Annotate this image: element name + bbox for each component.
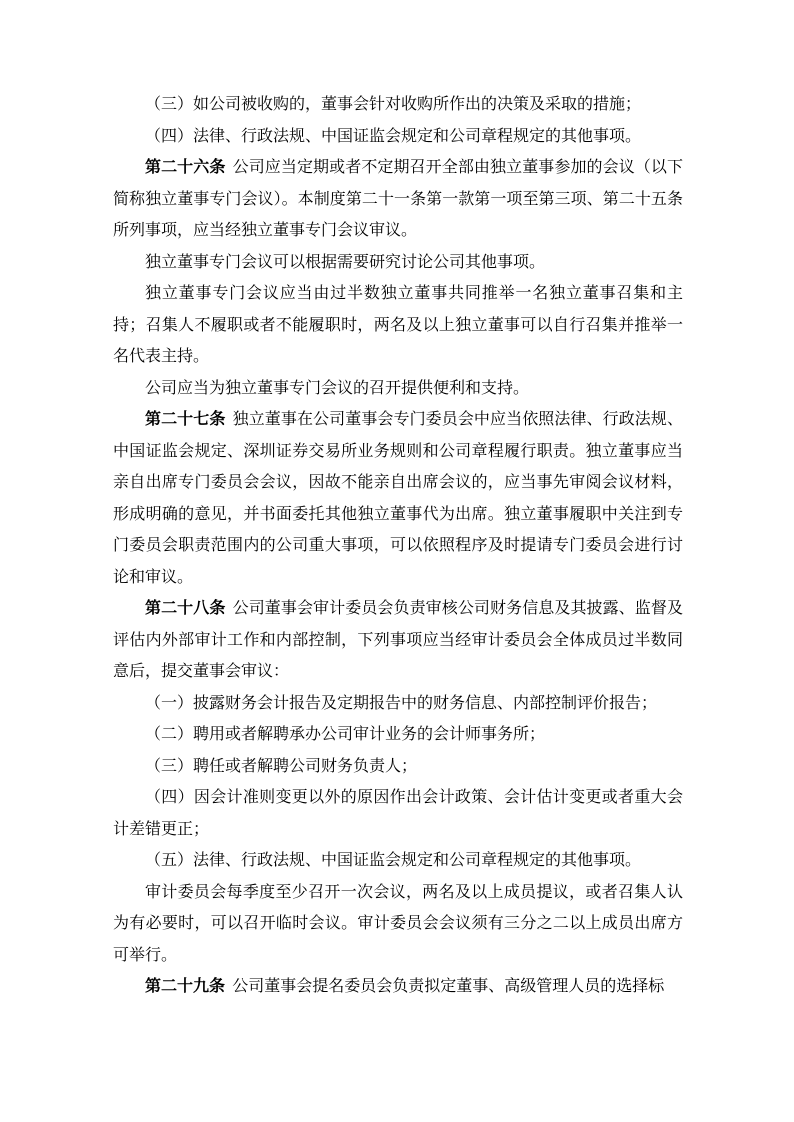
paragraph: （四）因会计准则变更以外的原因作出会计政策、会计估计变更或者重大会计差错更正；	[113, 781, 683, 844]
paragraph-text: （五）法律、行政法规、中国证监会规定和公司章程规定的其他事项。	[145, 850, 641, 869]
paragraph-text: （二）聘用或者解聘承办公司审计业务的会计师事务所；	[145, 724, 545, 743]
paragraph-text: （四）法律、行政法规、中国证监会规定和公司章程规定的其他事项。	[145, 126, 641, 145]
paragraph-text: 审计委员会每季度至少召开一次会议，两名及以上成员提议，或者召集人认为有必要时，可…	[113, 882, 683, 964]
paragraph: 第二十九条公司董事会提名委员会负责拟定董事、高级管理人员的选择标	[113, 970, 683, 1002]
paragraph: （三）聘任或者解聘公司财务负责人；	[113, 750, 683, 782]
paragraph: 公司应当为独立董事专门会议的召开提供便利和支持。	[113, 372, 683, 404]
paragraph-text: 独立董事专门会议应当由过半数独立董事共同推举一名独立董事召集和主持；召集人不履职…	[113, 283, 683, 365]
document-page: （三）如公司被收购的，董事会针对收购所作出的决策及采取的措施；（四）法律、行政法…	[0, 0, 794, 1122]
paragraph: 第二十八条公司董事会审计委员会负责审核公司财务信息及其披露、监督及评估内外部审计…	[113, 592, 683, 687]
paragraph-text: （三）如公司被收购的，董事会针对收购所作出的决策及采取的措施；	[145, 94, 641, 113]
paragraph: （三）如公司被收购的，董事会针对收购所作出的决策及采取的措施；	[113, 88, 683, 120]
article-number: 第二十九条	[145, 976, 225, 995]
paragraph-text: （一）披露财务会计报告及定期报告中的财务信息、内部控制评价报告；	[145, 693, 657, 712]
paragraph-text: 公司董事会提名委员会负责拟定董事、高级管理人员的选择标	[232, 976, 664, 995]
paragraph: 独立董事专门会议应当由过半数独立董事共同推举一名独立董事召集和主持；召集人不履职…	[113, 277, 683, 372]
paragraph: （一）披露财务会计报告及定期报告中的财务信息、内部控制评价报告；	[113, 687, 683, 719]
paragraph: 独立董事专门会议可以根据需要研究讨论公司其他事项。	[113, 246, 683, 278]
paragraph: 审计委员会每季度至少召开一次会议，两名及以上成员提议，或者召集人认为有必要时，可…	[113, 876, 683, 971]
paragraph: （五）法律、行政法规、中国证监会规定和公司章程规定的其他事项。	[113, 844, 683, 876]
paragraph-text: 公司应当为独立董事专门会议的召开提供便利和支持。	[145, 378, 529, 397]
paragraph: 第二十七条独立董事在公司董事会专门委员会中应当依照法律、行政法规、中国证监会规定…	[113, 403, 683, 592]
paragraph: （二）聘用或者解聘承办公司审计业务的会计师事务所；	[113, 718, 683, 750]
paragraph-text: 独立董事在公司董事会专门委员会中应当依照法律、行政法规、中国证监会规定、深圳证券…	[113, 409, 683, 586]
paragraph-text: （四）因会计准则变更以外的原因作出会计政策、会计估计变更或者重大会计差错更正；	[113, 787, 683, 838]
article-number: 第二十七条	[145, 409, 225, 428]
document-body: （三）如公司被收购的，董事会针对收购所作出的决策及采取的措施；（四）法律、行政法…	[113, 88, 683, 1002]
paragraph-text: 独立董事专门会议可以根据需要研究讨论公司其他事项。	[145, 252, 545, 271]
paragraph: 第二十六条公司应当定期或者不定期召开全部由独立董事参加的会议（以下简称独立董事专…	[113, 151, 683, 246]
paragraph-text: （三）聘任或者解聘公司财务负责人；	[145, 756, 417, 775]
paragraph: （四）法律、行政法规、中国证监会规定和公司章程规定的其他事项。	[113, 120, 683, 152]
article-number: 第二十八条	[145, 598, 225, 617]
article-number: 第二十六条	[145, 157, 225, 176]
